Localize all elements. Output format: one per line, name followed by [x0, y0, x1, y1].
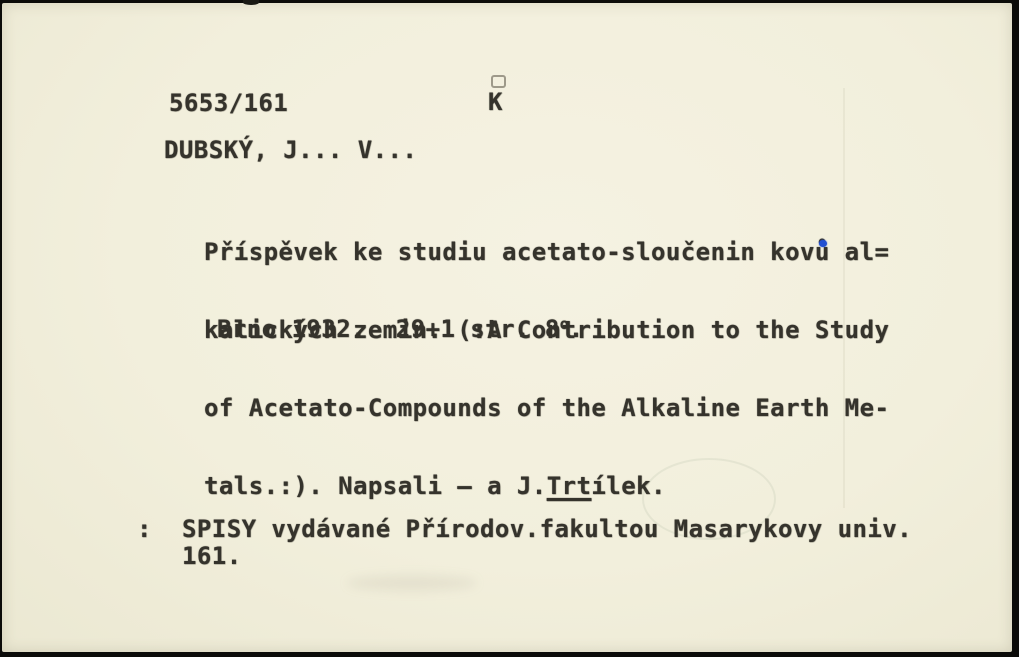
octavo-superscript: o: [560, 315, 569, 333]
title-line-1: Příspěvek ke studiu acetato-sloučenin ko…: [204, 239, 889, 265]
title-line-3: of Acetato-Compounds of the Alkaline Ear…: [204, 395, 889, 421]
title-line-1-text: Příspěvek ke studiu acetato-sloučenin ko…: [204, 238, 815, 266]
paper-smudge: [347, 575, 477, 591]
call-number: 5653/161: [169, 89, 288, 117]
series-colon: :: [137, 515, 152, 543]
title-paragraph: Příspěvek ke studiu acetato-sloučenin ko…: [204, 187, 889, 551]
scan-edge-speck: [243, 0, 259, 5]
imprint-text: Brno 1932. 29+1 str. 8: [217, 315, 560, 343]
series-number: 161.: [182, 542, 242, 570]
title-line-4: tals.:). Napsali — a J.Trtílek.: [204, 473, 889, 499]
index-card: 5653/161 K DUBSKÝ, J... V... Příspěvek k…: [2, 3, 1012, 652]
underlined-surname-part: Trt: [547, 472, 592, 500]
u-with-blue-ring: ů: [815, 239, 830, 265]
classification-letter: K: [488, 88, 503, 116]
catalog-card-scan: 5653/161 K DUBSKÝ, J... V... Příspěvek k…: [0, 0, 1019, 657]
imprint-line: Brno 1932. 29+1 str. 8o.: [217, 315, 584, 343]
series-statement: SPISY vydávané Přírodov.fakultou Masaryk…: [182, 515, 912, 543]
classification-overmark-icon: [491, 75, 506, 88]
imprint-period: .: [569, 315, 584, 343]
blue-ink-ring-icon: [819, 240, 827, 247]
title-line-4-end: ílek.: [591, 472, 666, 500]
title-line-1-end: al=: [830, 238, 890, 266]
title-line-4-text: tals.:). Napsali — a J.: [204, 472, 547, 500]
author-heading: DUBSKÝ, J... V...: [164, 136, 417, 164]
